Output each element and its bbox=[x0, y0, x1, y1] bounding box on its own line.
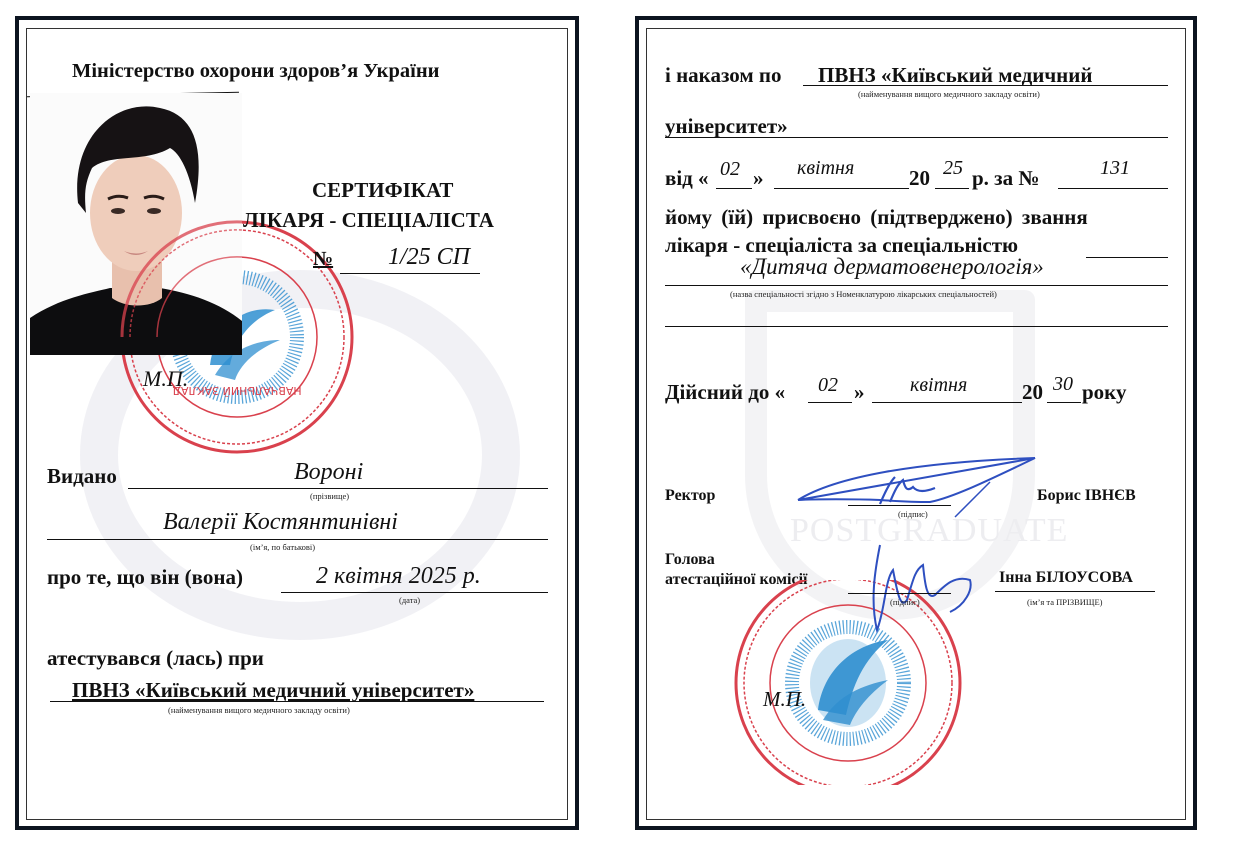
issued-label: Видано bbox=[47, 464, 117, 489]
specialty-caption: (назва спеціальності згідно з Номенклату… bbox=[730, 289, 997, 299]
stamp-overlay bbox=[115, 215, 245, 360]
valid-until-label: Дійсний до « bbox=[665, 380, 785, 405]
date-caption: (дата) bbox=[399, 595, 420, 605]
valid-year-suffix: 30 bbox=[1053, 373, 1073, 396]
rector-label: Ректор bbox=[665, 487, 715, 505]
institution-value: ПВНЗ «Київський медичний університет» bbox=[72, 678, 474, 703]
about-label: про те, що він (вона) bbox=[47, 565, 243, 590]
valid-year-prefix: 20 bbox=[1022, 380, 1043, 405]
institution-line bbox=[50, 701, 544, 702]
order-institution-caption: (найменування вищого медичного закладу о… bbox=[858, 89, 1040, 99]
order-institution-line2-rule bbox=[665, 137, 1168, 138]
rector-signature-caption: (підпис) bbox=[898, 509, 928, 519]
valid-month: квітня bbox=[910, 374, 967, 397]
surname-line bbox=[128, 488, 548, 489]
chair-signature-line bbox=[848, 593, 951, 594]
order-year-suffix: 25 bbox=[943, 157, 963, 180]
certificate-number-line bbox=[340, 273, 480, 274]
chair-signature bbox=[855, 540, 980, 635]
valid-day: 02 bbox=[818, 374, 838, 397]
name-line bbox=[47, 539, 548, 540]
institution-caption: (найменування вищого медичного закладу о… bbox=[168, 705, 350, 715]
chair-label-line1: Голова bbox=[665, 551, 715, 569]
order-label: і наказом по bbox=[665, 63, 782, 88]
svg-text:НАВЧАЛЬНИЙ ЗАКЛАД: НАВЧАЛЬНИЙ ЗАКЛАД bbox=[172, 384, 302, 397]
chair-signature-caption: (підпис) bbox=[890, 597, 920, 607]
name-value: Валерії Костянтинівні bbox=[163, 509, 398, 536]
order-month-line bbox=[774, 188, 909, 189]
ministry-heading: Міністерство охорони здоров’я України bbox=[72, 60, 439, 83]
order-day: 02 bbox=[720, 158, 740, 181]
attestation-date-line bbox=[281, 592, 548, 593]
valid-day-line bbox=[808, 402, 852, 403]
seal-label-left: М.П. bbox=[143, 366, 188, 392]
rector-signature-line bbox=[848, 505, 951, 506]
chair-name: Інна БІЛОУСОВА bbox=[999, 569, 1133, 587]
certificate-number-label: № bbox=[313, 248, 333, 271]
order-institution-line1-rule bbox=[803, 85, 1168, 86]
specialty-line bbox=[665, 285, 1168, 286]
order-institution-line2: університет» bbox=[665, 114, 788, 139]
assigned-line1: йому (їй) присвоєно (підтверджено) званн… bbox=[665, 205, 1088, 230]
certificate-title-line1: СЕРТИФІКАТ bbox=[312, 178, 453, 203]
valid-month-line bbox=[872, 402, 1022, 403]
valid-year-word: року bbox=[1082, 380, 1126, 405]
surname-caption: (прізвище) bbox=[310, 491, 349, 501]
certificate-number-value: 1/25 СП bbox=[388, 244, 470, 271]
surname-value: Вороні bbox=[294, 459, 363, 486]
order-number-line bbox=[1058, 188, 1168, 189]
valid-year-line bbox=[1047, 402, 1081, 403]
order-month: квітня bbox=[797, 157, 854, 180]
order-year-prefix: 20 bbox=[909, 166, 930, 191]
order-from-close: » bbox=[753, 166, 764, 191]
certificate-title-line2: ЛІКАРЯ - СПЕЦІАЛІСТА bbox=[243, 208, 494, 233]
order-number-label: р. за № bbox=[972, 166, 1039, 191]
specialty-extra-line bbox=[665, 326, 1168, 327]
chair-name-caption: (ім’я та ПРІЗВИЩЕ) bbox=[1027, 597, 1103, 607]
chair-name-line bbox=[995, 591, 1155, 592]
order-day-line bbox=[716, 188, 752, 189]
attested-label: атестувався (лась) при bbox=[47, 646, 264, 671]
order-year-line bbox=[935, 188, 969, 189]
rector-name: Борис ІВНЄВ bbox=[1037, 487, 1136, 505]
order-from-label: від « bbox=[665, 166, 709, 191]
specialty-value: «Дитяча дерматовенерологія» bbox=[740, 254, 1044, 280]
attestation-date-value: 2 квітня 2025 р. bbox=[316, 563, 481, 590]
valid-close: » bbox=[854, 380, 865, 405]
order-number: 131 bbox=[1100, 157, 1130, 180]
assigned-line2-rule bbox=[1086, 257, 1168, 258]
name-caption: (ім’я, по батькові) bbox=[250, 542, 315, 552]
seal-label-right: М.П. bbox=[763, 687, 806, 712]
